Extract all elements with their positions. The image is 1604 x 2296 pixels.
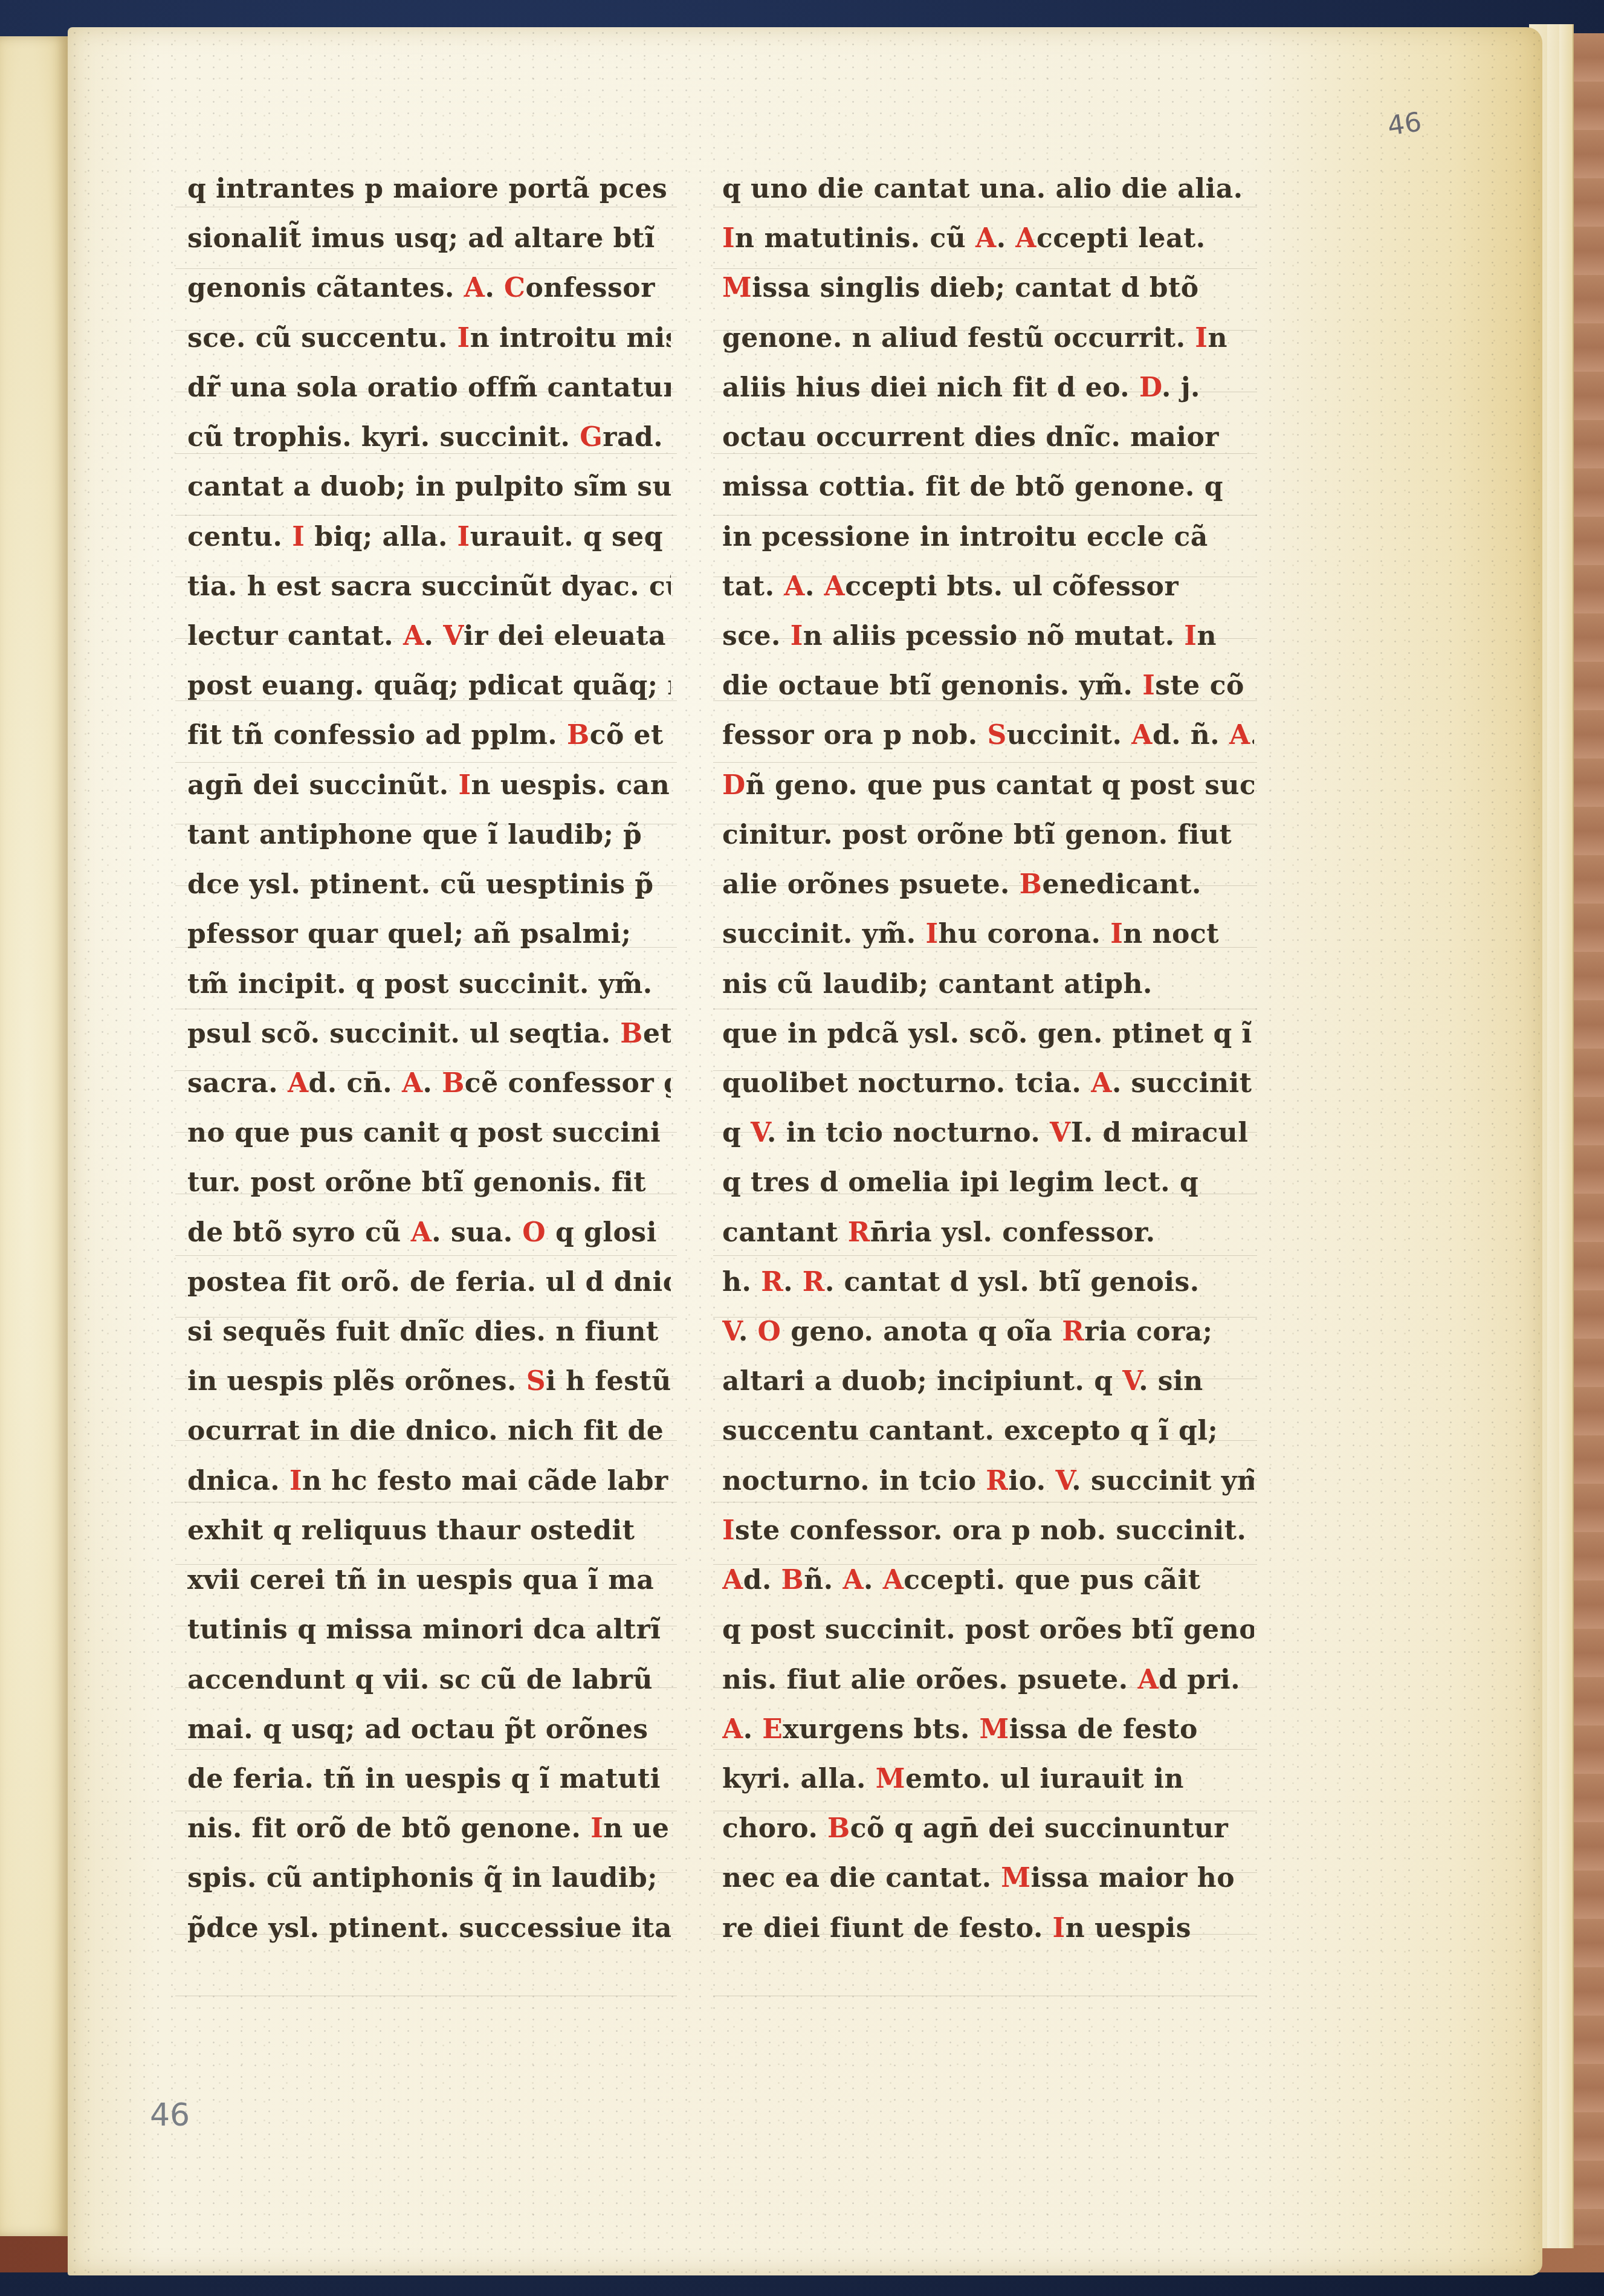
manuscript-line: xvii cerei tñ in uespis qua ĩ ma — [187, 1556, 671, 1605]
manuscript-line: choro. Bcõ q agn̄ dei succinuntur — [722, 1804, 1254, 1854]
manuscript-line: psul scõ. succinit. ul seqtia. Bet — [187, 1009, 671, 1059]
manuscript-line: ocurrat in die dnico. nich fit de — [187, 1406, 671, 1456]
manuscript-line: re diei fiunt de festo. In uespis — [722, 1904, 1254, 1953]
manuscript-line: agn̄ dei succinũt. In uespis. can — [187, 761, 671, 810]
manuscript-line: alie orõnes psuete. Benedicant. — [722, 860, 1254, 910]
manuscript-line: missa cottia. fit de btõ genone. q — [722, 462, 1254, 512]
manuscript-line: q uno die cantat una. alio die alia. — [722, 164, 1254, 214]
manuscript-line: que in pdcã ysl. scõ. gen. ptinet q ĩ — [722, 1009, 1254, 1059]
manuscript-line: exhit q reliquus thaur ostedit — [187, 1506, 671, 1556]
manuscript-line: sionalit̃ imus usq; ad altare btĩ — [187, 214, 671, 264]
manuscript-line: Ad. Bñ. A. Accepti. que pus cãit — [722, 1556, 1254, 1605]
manuscript-line: no que pus canit q post succini — [187, 1108, 671, 1158]
manuscript-line: q intrantes p maiore portã pces — [187, 164, 671, 214]
manuscript-line: fit tñ confessio ad pplm. Bcõ et — [187, 711, 671, 760]
manuscript-line: sce. In aliis pcessio nõ mutat. In — [722, 612, 1254, 661]
manuscript-line: centu. I biq; alla. Iurauit. q seq — [187, 513, 671, 562]
ruling-line — [713, 1996, 1257, 1996]
folio-number-top: 46 — [1386, 106, 1424, 141]
manuscript-line: tm̃ incipit. q post succinit. ym̃. — [187, 960, 671, 1009]
manuscript-line: altari a duob; incipiunt. q V. sin — [722, 1357, 1254, 1406]
manuscript-line: sacra. Ad. cn̄. A. Bcẽ confessor ge — [187, 1059, 671, 1108]
manuscript-line: succinit. ym̃. Ihu corona. In noct — [722, 910, 1254, 959]
facing-page-edge — [0, 36, 70, 2236]
manuscript-line: tat. A. Accepti bts. ul cõfessor — [722, 562, 1254, 612]
manuscript-line: nis. fiut alie orões. psuete. Ad pri. — [722, 1655, 1254, 1705]
manuscript-line: spis. cũ antiphonis q̃ in laudib; — [187, 1854, 671, 1903]
manuscript-line: nis. fit orõ de btõ genone. In ue — [187, 1804, 671, 1854]
manuscript-line: die octaue btĩ genonis. ym̃. Iste cõ — [722, 661, 1254, 711]
manuscript-line: genonis cãtantes. A. Confessor — [187, 264, 671, 313]
manuscript-line: q tres d omelia ipi legim lect. q — [722, 1158, 1254, 1208]
manuscript-line: A. Exurgens bts. Missa de festo — [722, 1705, 1254, 1754]
manuscript-line: kyri. alla. Memto. ul iurauit in — [722, 1754, 1254, 1804]
manuscript-line: dr̃ una sola oratio offm̃ cantatur — [187, 363, 671, 413]
manuscript-line: postea fit orõ. de feria. ul d dnica — [187, 1258, 671, 1307]
manuscript-line: q post succinit. post orões btĩ geno — [722, 1605, 1254, 1655]
manuscript-line: nocturno. in tcio Rio. V. succinit ym̃. — [722, 1457, 1254, 1506]
manuscript-line: pfessor quar quel; añ psalmi; — [187, 910, 671, 959]
manuscript-line: mai. q usq; ad octau p̃t orõnes — [187, 1705, 671, 1754]
manuscript-line: post euang. quãq; pdicat quãq; nõ — [187, 661, 671, 711]
manuscript-line: lectur cantat. A. Vir dei eleuata — [187, 612, 671, 661]
manuscript-line: quolibet nocturno. tcia. A. succinit. — [722, 1059, 1254, 1108]
manuscript-line: Missa singlis dieb; cantat d btõ — [722, 264, 1254, 313]
manuscript-line: tant antiphone que ĩ laudib; p̃ — [187, 810, 671, 860]
manuscript-line: de feria. tñ in uespis q ĩ matuti — [187, 1754, 671, 1804]
manuscript-line: nec ea die cantat. Missa maior ho — [722, 1854, 1254, 1903]
manuscript-line: in pcessione in introitu eccle cã — [722, 513, 1254, 562]
manuscript-line: sce. cũ succentu. In introitu misse. — [187, 314, 671, 363]
text-column-a: q intrantes p maiore portã pcessionalit̃… — [187, 164, 671, 1953]
folio-number-bottom: 46 — [150, 2097, 190, 2133]
ruling-line — [175, 1996, 677, 1996]
manuscript-line: nis cũ laudib; cantant atiph. — [722, 960, 1254, 1009]
manuscript-line: in uespis plẽs orõnes. Si h festũ — [187, 1357, 671, 1406]
manuscript-line: genone. n aliud festũ occurrit. In — [722, 314, 1254, 363]
manuscript-line: si sequẽs fuit dnĩc dies. n fiunt — [187, 1307, 671, 1357]
manuscript-line: p̃dce ysl. ptinent. successiue ita — [187, 1904, 671, 1953]
text-column-b: q uno die cantat una. alio die alia.In m… — [722, 164, 1254, 1953]
manuscript-line: tia. h est sacra succinũt dyac. cũ — [187, 562, 671, 612]
manuscript-line: fessor ora p nob. Succinit. Ad. ñ. A. — [722, 711, 1254, 760]
manuscript-line: Iste confessor. ora p nob. succinit. — [722, 1506, 1254, 1556]
manuscript-line: dnica. In hc festo mai cãde labr — [187, 1457, 671, 1506]
manuscript-line: accendunt q vii. sc cũ de labrũ — [187, 1655, 671, 1705]
binding-spine-edge — [1571, 33, 1604, 2245]
manuscript-line: dce ysl. ptinent. cũ uesptinis p̃ — [187, 860, 671, 910]
page-edge — [1559, 24, 1574, 2248]
manuscript-line: h. R. R. cantat d ysl. btĩ genois. — [722, 1258, 1254, 1307]
manuscript-line: In matutinis. cũ A. Accepti leat. — [722, 214, 1254, 264]
manuscript-line: tur. post orõne btĩ genonis. fit — [187, 1158, 671, 1208]
manuscript-line: octau occurrent dies dnĩc. maior — [722, 413, 1254, 462]
manuscript-line: Dñ geno. que pus cantat q post suc — [722, 761, 1254, 810]
manuscript-line: cũ trophis. kyri. succinit. Grad. — [187, 413, 671, 462]
manuscript-line: cinitur. post orõne btĩ genon. fiut — [722, 810, 1254, 860]
manuscript-line: de btõ syro cũ A. sua. O q glosi — [187, 1208, 671, 1258]
manuscript-line: cantat a duob; in pulpito sĩm suc — [187, 462, 671, 512]
manuscript-line: V. O geno. anota q oĩa Rria cora; — [722, 1307, 1254, 1357]
manuscript-line: tutinis q missa minori dca altrĩ — [187, 1605, 671, 1655]
manuscript-line: aliis hius diei nich fit d eo. D. j. — [722, 363, 1254, 413]
manuscript-line: q V. in tcio nocturno. VI. d miracul — [722, 1108, 1254, 1158]
manuscript-line: cantant Rn̄ria ysl. confessor. — [722, 1208, 1254, 1258]
manuscript-line: succentu cantant. excepto q ĩ ql; — [722, 1406, 1254, 1456]
